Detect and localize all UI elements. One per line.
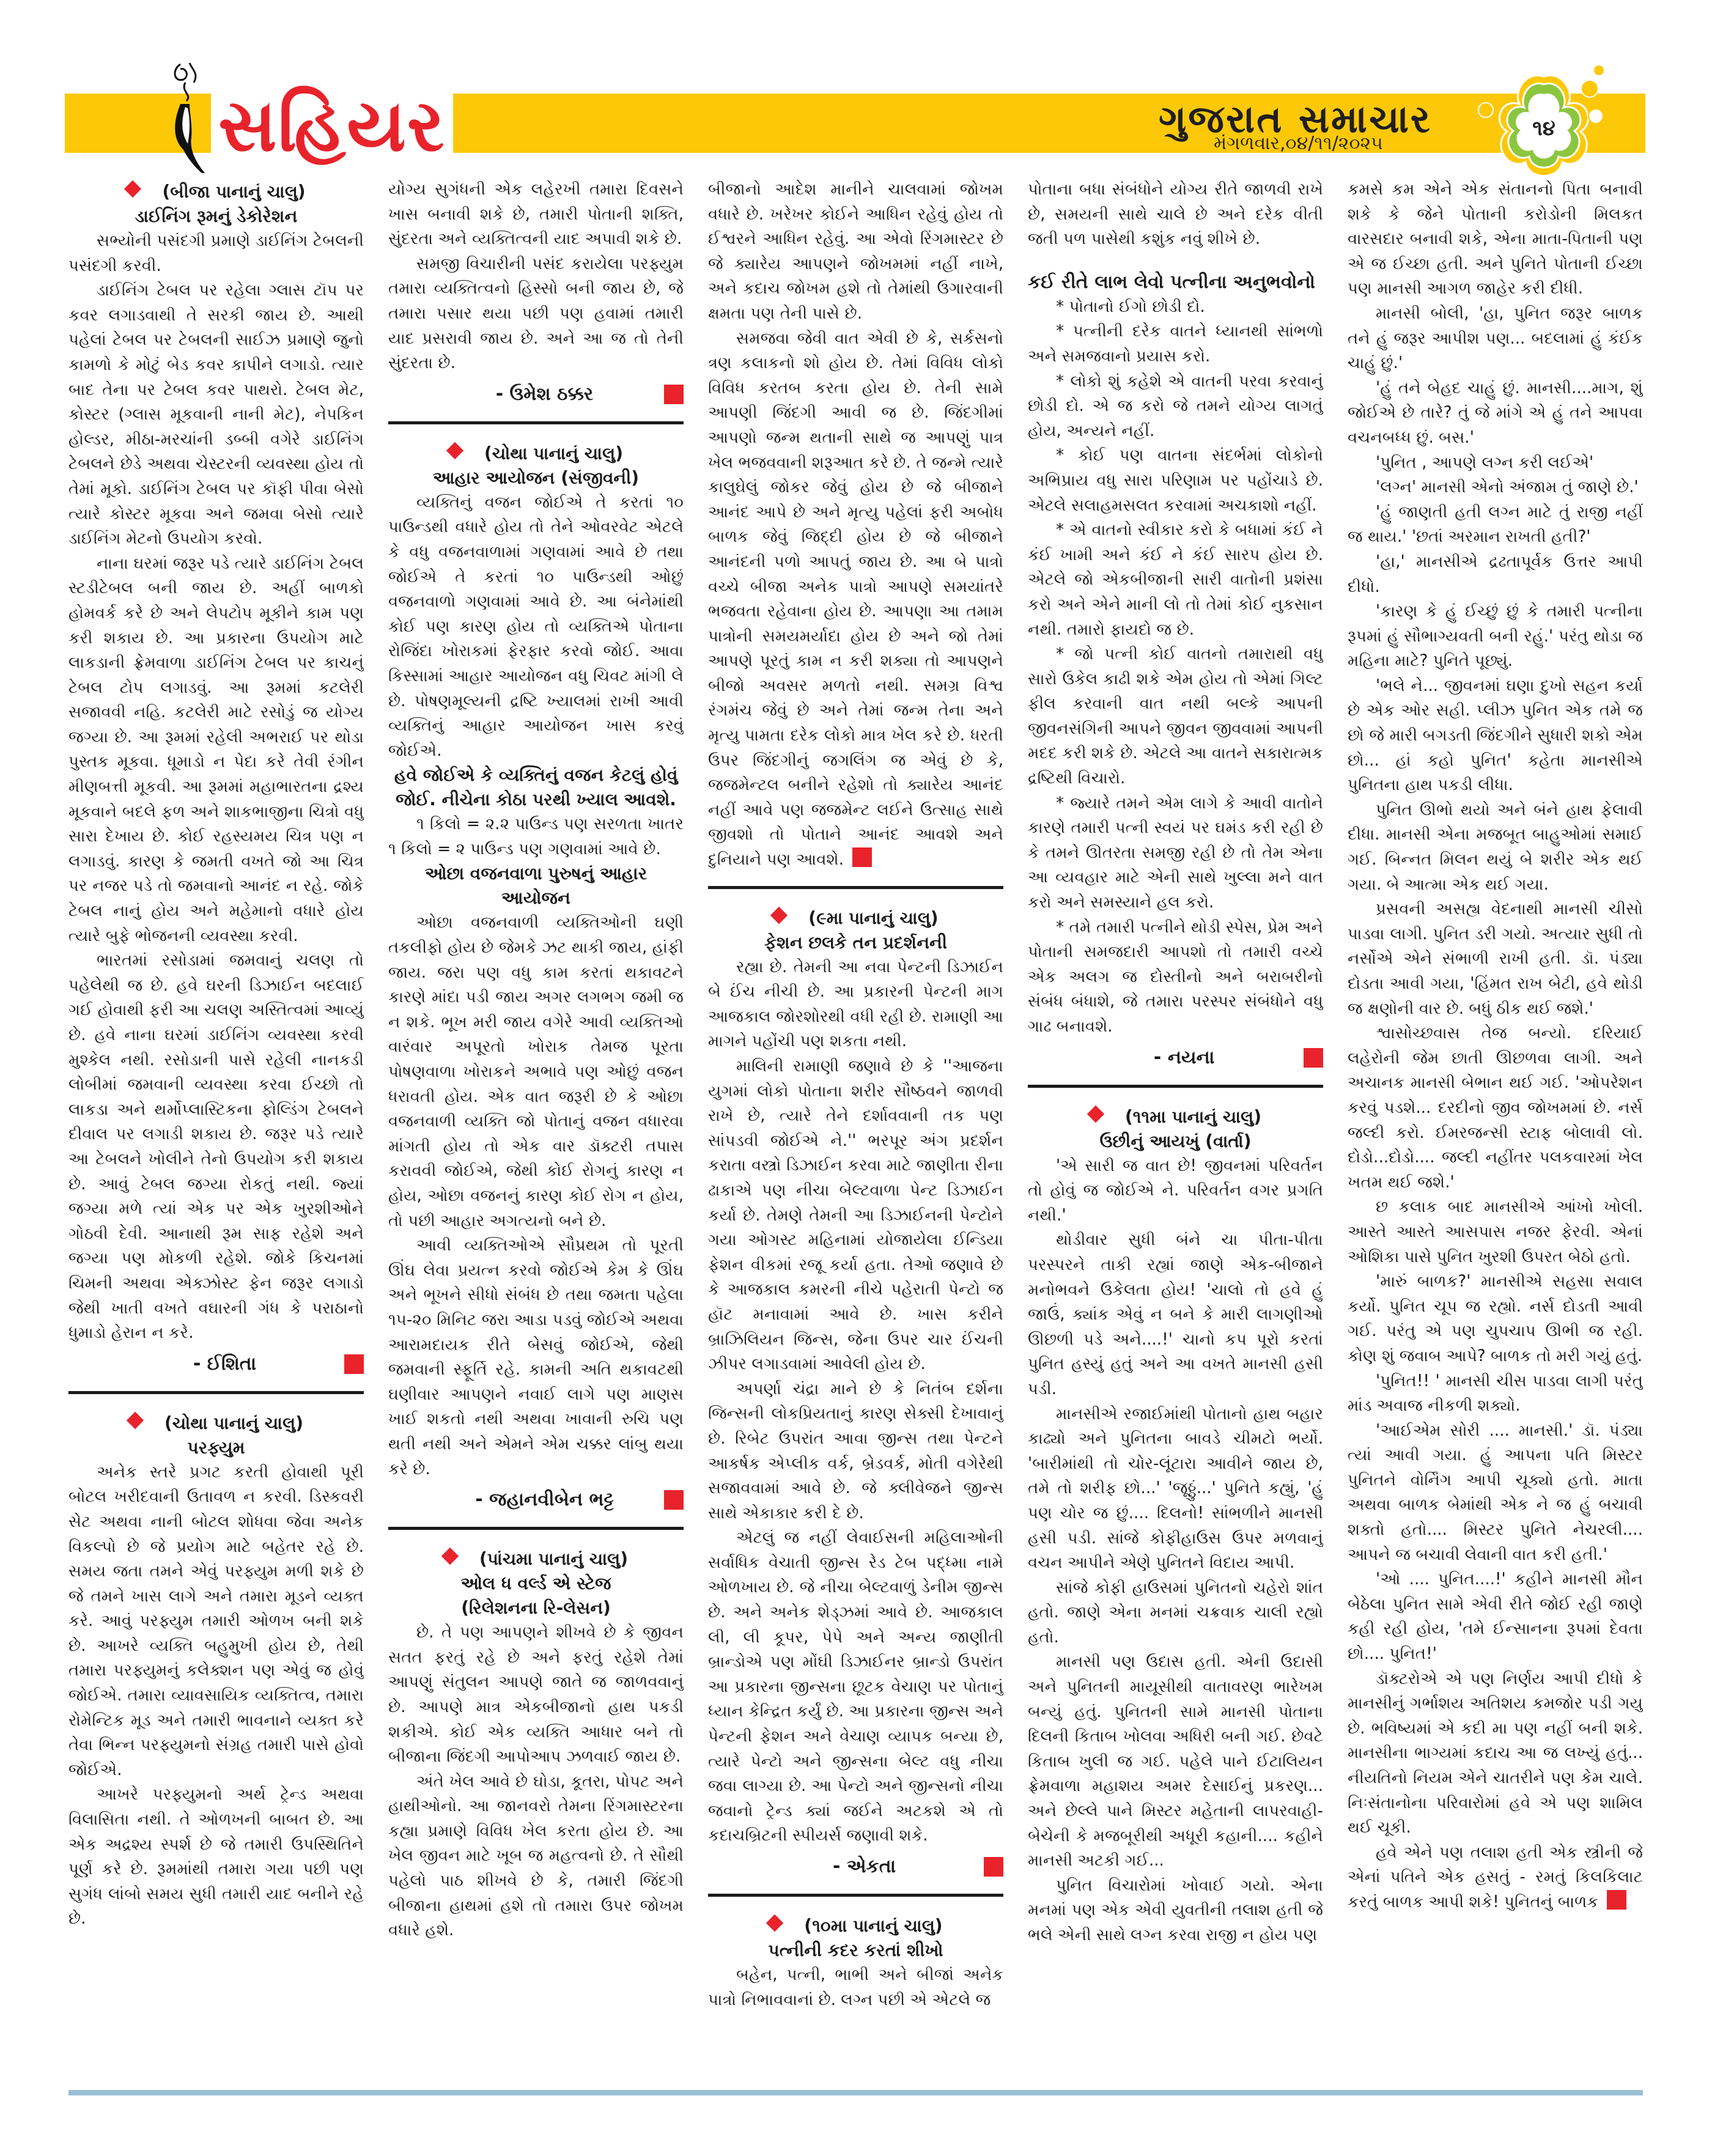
paragraph: 'હું જાણતી હતી લગ્ન માટે તું રાજી નહીં જ… [1348, 500, 1643, 550]
footer-rule [68, 2090, 1643, 2095]
paragraph: ૧ કિલો = ૨.૨ પાઉન્ડ પણ સરળતા ખાતર ૧ કિલો… [388, 812, 684, 862]
column-3: બીજાનો આદેશ માનીને ચાલવામાં જોખમ વધારે છ… [708, 177, 1003, 2073]
continued-label: (પાંચમા પાનાનું ચાલુ) [388, 1547, 684, 1571]
article-title-fashion: ફેશન છલકે તન પ્રદર્શનની [708, 931, 1003, 955]
paragraph: ઓછા વજનવાળી વ્યક્તિઓની ઘણી તકલીફો હોય છે… [388, 910, 684, 1233]
paragraph: ડૉક્ટરોએ એ પણ નિર્ણય આપી દીધો કે માનસીનુ… [1348, 1667, 1643, 1840]
article-title-appreciate-wife: પત્નીની કદર કરતાં શીખો [708, 1938, 1003, 1963]
paragraph: 'હું તને બેહદ ચાહું છું. માનસી....માગ, શ… [1348, 376, 1643, 451]
list-item: * જો પત્ની કોઈ વાતનો તમારાથી વધુ સારો ઉક… [1028, 642, 1323, 791]
paragraph: આખરે પરફ્યુમનો અર્થ ટ્રેન્ડ અથવા વિલાસિત… [68, 1782, 364, 1932]
paragraph: 'કારણ કે હું ઈચ્છું છું કે તમારી પત્નીના… [1348, 599, 1643, 674]
paragraph: 'હા,' માનસીએ દ્રઢતાપૂર્વક ઉત્તર આપી દીધો… [1348, 550, 1643, 599]
paragraph: વ્યક્તિનું વજન જોઈએ તે કરતાં ૧૦ પાઉન્ડથી… [388, 490, 684, 764]
paragraph: હવે એને પણ તલાશ હતી એક સ્ત્રીની જે એનાં … [1348, 1840, 1643, 1915]
end-mark-icon [1304, 1048, 1323, 1068]
diamond-bullet-icon [1087, 1105, 1104, 1122]
end-mark-icon [984, 1857, 1003, 1877]
paragraph: 'મારું બાળક?' માનસીએ સહસા સવાલ કર્યો. પુ… [1348, 1269, 1643, 1368]
paragraph: ભારતમાં રસોડામાં જમવાનું ચલણ તો પહેલેથી … [68, 948, 364, 1346]
paragraph: માનસીએ રજાઈમાંથી પોતાનો હાથ બહાર કાઢ્યો … [1028, 1402, 1323, 1576]
masthead: સહિયર ગુજરાત સમાચાર મંગળવાર,૦૪/૧૧/૨૦૨૫ ૧… [0, 0, 1712, 153]
issue-date: મંગળવાર,૦૪/૧૧/૨૦૨૫ [1214, 133, 1383, 154]
continued-label: (ચોથા પાનાનું ચાલુ) [68, 1411, 364, 1436]
paragraph: બહેન, પત્ની, ભાભી અને બીજાં અનેક પાત્રો … [708, 1963, 1003, 2012]
paragraph: પુનિત ઊભો થયો અને બંને હાથ ફેલાવી દીધા. … [1348, 798, 1643, 897]
continued-label: (૧૦મા પાનાનું ચાલુ) [708, 1914, 1003, 1938]
byline: - ઈશિતા [68, 1351, 364, 1378]
sub-heading: ઓછા વજનવાળા પુરુષનું આહાર આયોજન [388, 862, 684, 910]
byline: - નયના [1028, 1044, 1323, 1071]
woman-silhouette-icon [156, 58, 211, 174]
diamond-bullet-icon [441, 1548, 459, 1565]
paragraph: રહ્યા છે. તેમની આ નવા પેન્ટની ડિઝાઈન બે … [708, 955, 1003, 1054]
paragraph: પોતાના બધા સંબંધોને યોગ્ય રીતે જાળવી રાખ… [1028, 177, 1323, 252]
paragraph: 'આઈએમ સોરી .... માનસી.' ડૉ. પંડ્યા ત્યાં… [1348, 1419, 1643, 1568]
list-item: * પોતાનો ઈગો છોડી દો. [1028, 295, 1323, 320]
column-2: યોગ્ય સુગંધની એક લહેરખી તમારા દિવસને ખાસ… [388, 177, 684, 2073]
byline: - એકતા [708, 1853, 1003, 1880]
section-logo: સહિયર [156, 58, 498, 174]
paragraph: સભ્યોની પસંદગી પ્રમાણે ડાઈનિંગ ટેબલની પસ… [68, 229, 364, 278]
continued-label: (ચોથા પાનાનું ચાલુ) [388, 441, 684, 466]
paragraph: 'લગ્ન' માનસી એનો અંજામ તું જાણે છે.' [1348, 475, 1643, 500]
paragraph: માનસી પણ ઉદાસ હતી. એની ઉદાસી અને પુનિતની… [1028, 1650, 1323, 1873]
paragraph: 'ઓ .... પુનિત....!' કહીને માનસી મૌન બેઠે… [1348, 1567, 1643, 1666]
section-divider [388, 421, 684, 424]
section-divider [1028, 1085, 1323, 1088]
article-title-dining-room: ડાઈનિંગ રૂમનું ડેકોરેશન [68, 204, 364, 229]
paragraph: 'એ સારી જ વાત છે! જીવનમાં પરિવર્તન તો હો… [1028, 1154, 1323, 1228]
article-subtitle: (રિલેશનના રિ-લેસન) [388, 1596, 684, 1620]
list-item: * એ વાતનો સ્વીકાર કરો કે બધામાં કંઈ ને ક… [1028, 518, 1323, 642]
paragraph: 'પુનિત!! ' માનસી ચીસ પાડવા લાગી પરંતુ મા… [1348, 1369, 1643, 1419]
paragraph: 'ભલે ને... જીવનમાં ઘણા દુખો સહન કર્યા છે… [1348, 674, 1643, 798]
list-item: * જ્યારે તમને એમ લાગે કે આવી વાતોને કારણ… [1028, 791, 1323, 915]
paragraph: યોગ્ય સુગંધની એક લહેરખી તમારા દિવસને ખાસ… [388, 177, 684, 252]
continued-label: (૯મા પાનાનું ચાલુ) [708, 906, 1003, 931]
paragraph: પ્રસવની અસહ્ય વેદનાથી માનસી ચીસો પાડવા લ… [1348, 897, 1643, 1021]
paragraph: માલિની રામાણી જણાવે છે કે ''આજના યુગમાં … [708, 1054, 1003, 1377]
list-item: * તમે તમારી પત્નીને થોડી સ્પેસ, પ્રેમ અન… [1028, 915, 1323, 1039]
continued-label: (૧૧મા પાનાનું ચાલુ) [1028, 1105, 1323, 1129]
paragraph: પુનિત વિચારોમાં ખોવાઈ ગયો. એના મનમાં પણ … [1028, 1874, 1323, 1948]
article-title-borrowed-life: ઉછીનું આયખું (વાર્તા) [1028, 1129, 1323, 1154]
section-logo-text: સહિયર [211, 79, 453, 174]
article-title-world-stage: ઓલ ધ વર્લ્ડ એ સ્ટેજ [388, 1571, 684, 1596]
paragraph: એટલું જ નહીં લેવાઈસની મહિલાઓની સર્વાધિક … [708, 1526, 1003, 1848]
end-mark-icon [344, 1354, 364, 1374]
paragraph: 'પુનિત , આપણે લગ્ન કરી લઈએ' [1348, 451, 1643, 476]
section-divider [388, 1527, 684, 1530]
paragraph: અંતે ખેલ આવે છે ઘોડા, કૂતરા, પોપટ અને હા… [388, 1770, 684, 1943]
article-columns: (બીજા પાનાનું ચાલુ) ડાઈનિંગ રૂમનું ડેકોર… [68, 177, 1643, 2073]
byline: - ઉમેશ ઠક્કર [388, 381, 684, 408]
article-title-diet-plan: આહાર આયોજન (સંજીવની) [388, 466, 684, 490]
sub-heading: કઈ રીતે લાભ લેવો પત્નીના અનુભવોનો [1028, 270, 1323, 295]
paragraph: નાના ઘરમાં જરૂર પડે ત્યારે ડાઈનિંગ ટેબલ … [68, 552, 364, 949]
list-item: * લોકો શું કહેશે એ વાતની પરવા કરવાનું છો… [1028, 369, 1323, 444]
paragraph: માનસી બોલી, 'હા, પુનિત જરૂર બાળક તને હું… [1348, 301, 1643, 376]
page-number: ૧૪ [1526, 116, 1562, 141]
paragraph: છ કલાક બાદ માનસીએ આંખો ખોલી. આસ્તે આસ્તે… [1348, 1195, 1643, 1269]
continued-label: (બીજા પાનાનું ચાલુ) [68, 180, 364, 204]
section-divider [708, 1894, 1003, 1897]
paragraph: સમજી વિચારીની પસંદ કરાયેલા પરફ્યુમ તમારા… [388, 252, 684, 376]
paragraph: ડાઈનિંગ ટેબલ પર રહેલા ગ્લાસ ટૉપ પર કવર લ… [68, 278, 364, 552]
section-divider [708, 886, 1003, 889]
paragraph: આવી વ્યક્તિઓએ સૌપ્રથમ તો પૂરતી ઊંઘ લેવા … [388, 1233, 684, 1482]
byline: - જહાનવીબેન ભટ્ટ [388, 1486, 684, 1513]
paragraph: કમસે કમ એને એક સંતાનનો પિતા બનાવી શકે કે… [1348, 177, 1643, 301]
diamond-bullet-icon [127, 1412, 144, 1429]
diamond-bullet-icon [766, 1914, 783, 1932]
sub-heading: હવે જોઈએ કે વ્યક્તિનું વજન કેટલું હોવું … [388, 763, 684, 812]
paragraph: શ્વાસોચ્છવાસ તેજ બન્યો. દરિયાઈ લહેરોની જ… [1348, 1021, 1643, 1195]
paragraph: સાંજે કોફી હાઉસમાં પુનિતનો ચહેરો શાંત હત… [1028, 1576, 1323, 1650]
section-divider [68, 1391, 364, 1394]
diamond-bullet-icon [124, 180, 141, 198]
end-mark-icon [664, 1490, 684, 1510]
paragraph: સમજવા જેવી વાત એવી છે કે, સર્કસનો ત્રણ ક… [708, 327, 1003, 873]
end-mark-icon [1607, 1890, 1626, 1910]
column-1: (બીજા પાનાનું ચાલુ) ડાઈનિંગ રૂમનું ડેકોર… [68, 177, 364, 2073]
paragraph: છે. તે પણ આપણને શીખવે છે કે જીવન સતત ફરત… [388, 1620, 684, 1770]
list-item: * કોઈ પણ વાતના સંદર્ભમાં લોકોનો અભિપ્રાય… [1028, 443, 1323, 518]
diamond-bullet-icon [446, 442, 463, 459]
diamond-bullet-icon [770, 906, 788, 923]
article-title-perfume: પરફ્યુમ [68, 1436, 364, 1460]
column-5: કમસે કમ એને એક સંતાનનો પિતા બનાવી શકે કે… [1348, 177, 1643, 2073]
paragraph: અનેક સ્તરે પ્રગટ કરતી હોવાથી પૂરી બોટલ ખ… [68, 1460, 364, 1783]
paragraph: થોડીવાર સુધી બંને ચા પીતા-પીતા પરસ્પરને … [1028, 1228, 1323, 1401]
paragraph: બીજાનો આદેશ માનીને ચાલવામાં જોખમ વધારે છ… [708, 177, 1003, 327]
paragraph: અપર્ણા ચંદ્રા માને છે કે નિતંબ દર્શના જિ… [708, 1377, 1003, 1526]
list-item: * પત્નીની દરેક વાતને ધ્યાનથી સાંભળો અને … [1028, 319, 1323, 369]
end-mark-icon [852, 847, 872, 867]
column-4: પોતાના બધા સંબંધોને યોગ્ય રીતે જાળવી રાખ… [1028, 177, 1323, 2073]
end-mark-icon [664, 385, 684, 404]
